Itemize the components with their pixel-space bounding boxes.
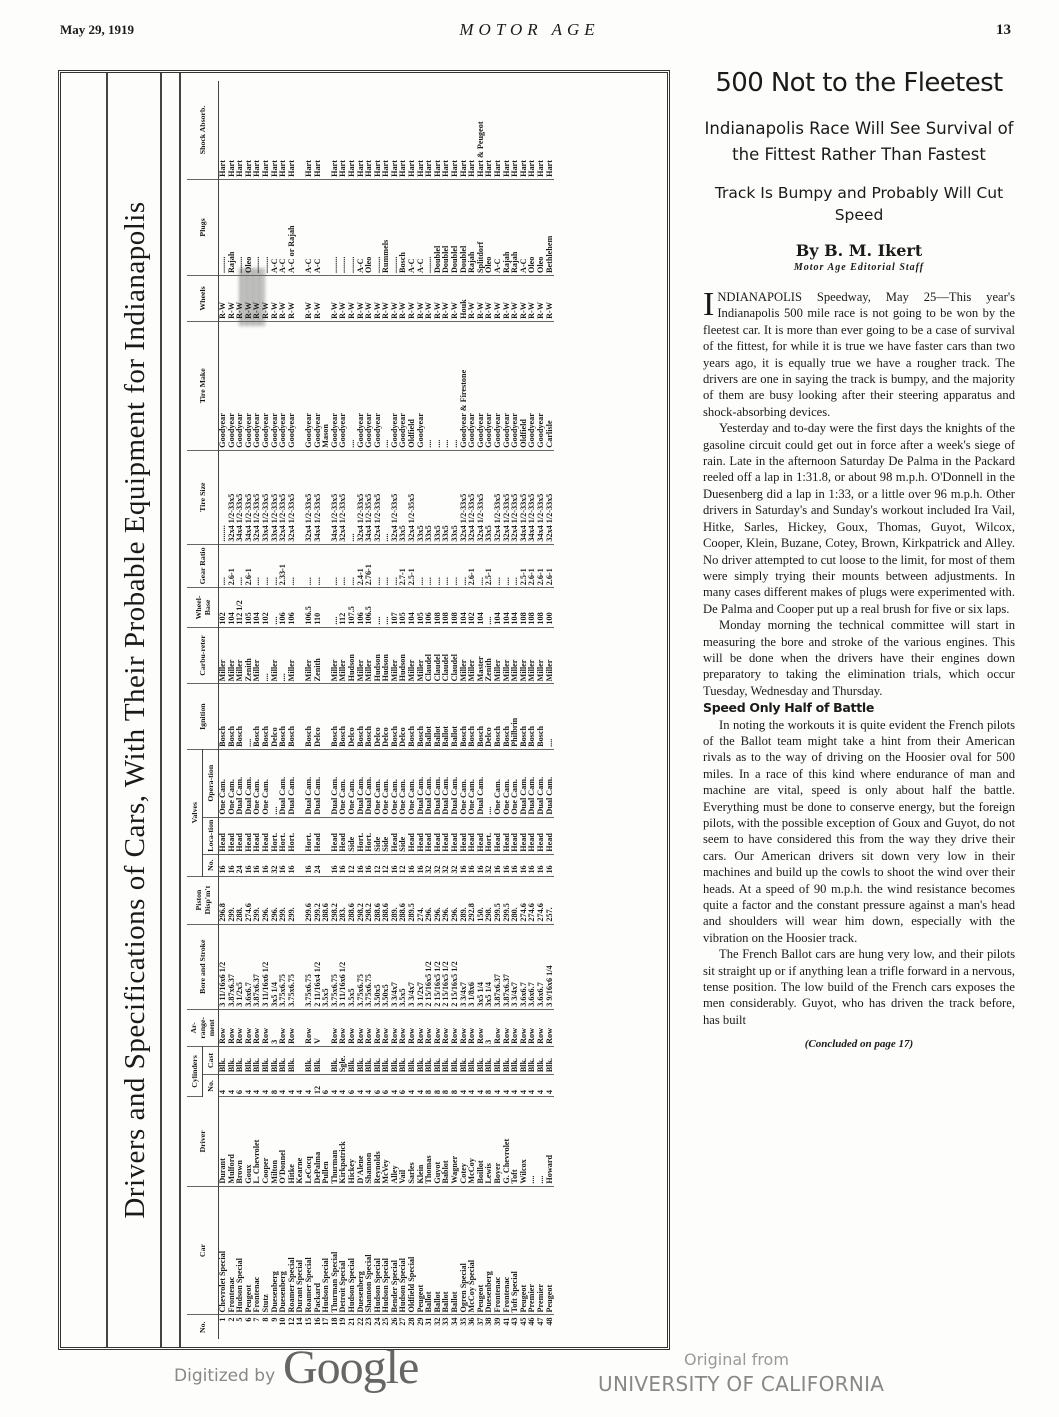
cell-vno: 32 (485, 854, 494, 876)
cell-bore: 3 11/16x6 1/2 (262, 924, 271, 1009)
cell-disp: 288.6 (322, 876, 331, 924)
cell-vno (296, 854, 305, 876)
table-row: 37PeugeotBoillot4Blk.Row3x5 1/4150.16Hea… (477, 81, 486, 1339)
cell-car: Ballot (425, 1186, 434, 1315)
cell-vno: 16 (503, 854, 512, 876)
cell-car: Duesenberg (279, 1186, 288, 1315)
cell-vop (296, 749, 305, 817)
cell-vno: 32 (425, 854, 434, 876)
cell-cyl: 4 (528, 1075, 537, 1097)
cell-tmk: Goodyear (245, 321, 254, 450)
cell-plg: A-C (314, 179, 323, 275)
cell-bore: 3x5 1/4 (485, 924, 494, 1009)
cell-tsz: 32x4 1/2-33x5 (288, 450, 297, 544)
cell-arr: Row (528, 1009, 537, 1046)
cell-ign: Ballot (434, 684, 443, 750)
table-row: 8StutzCooper4Blk.Row3 11/16x6 1/2296.16H… (262, 81, 271, 1339)
cell-plg: A-C (279, 179, 288, 275)
table-row: 19Detroit SpecialKirkpatrick4Sgle.Row3 1… (339, 81, 348, 1339)
cell-vno: 12 (348, 854, 357, 876)
cell-ign: Bosch (365, 684, 374, 750)
cell-no: 32 (434, 1315, 443, 1339)
cell-cyl: 6 (399, 1075, 408, 1097)
cell-plg: ........ (339, 179, 348, 275)
cell-bore: 3.87x6.37 (494, 924, 503, 1009)
cell-plg (322, 179, 331, 275)
cell-arr: Row (219, 1009, 228, 1046)
cell-car: Peugeot (546, 1186, 555, 1315)
running-head: May 29, 1919 MOTOR AGE 13 (0, 22, 1059, 44)
table-row: 47Premier....4Blk.Row3.6x6.7274.616HeadD… (537, 81, 546, 1339)
cell-wb (322, 588, 331, 627)
cell-carb (296, 627, 305, 684)
cell-vno: 16 (408, 854, 417, 876)
cell-vloc: Head (503, 817, 512, 854)
cell-plg: Oleo (365, 179, 374, 275)
cell-disp: 274. (417, 876, 426, 924)
col-cylinders: Cylinders (187, 1046, 202, 1096)
cell-arr: Row (399, 1009, 408, 1046)
cell-gear: .... (305, 544, 314, 588)
cell-shk: Hart (408, 81, 417, 179)
cell-wb: 112 1/2 (236, 588, 245, 627)
university-label: UNIVERSITY OF CALIFORNIA (598, 1372, 884, 1396)
cell-tsz: 34x4 1/2-33x5 (537, 450, 546, 544)
cell-vloc: Hort. (279, 817, 288, 854)
cell-carb: Miller (537, 627, 546, 684)
cell-no: 47 (537, 1315, 546, 1339)
cell-disp: 292.8 (468, 876, 477, 924)
cell-tmk: Goodyear (279, 321, 288, 450)
cell-car: Ballot (434, 1186, 443, 1315)
cell-bore: 3.75x6.75 (279, 924, 288, 1009)
cell-arr: Row (537, 1009, 546, 1046)
cell-no: 37 (477, 1315, 486, 1339)
cell-bore: 3.75x6.75 (305, 924, 314, 1009)
cell-cyl: 4 (253, 1075, 262, 1097)
cell-driver: G. Chevrolet (503, 1097, 512, 1187)
cell-wb: 102 (262, 588, 271, 627)
paragraph-3: Monday morning the technical committee w… (703, 617, 1015, 699)
cell-arr: Row (374, 1009, 383, 1046)
cell-no: 14 (296, 1315, 305, 1339)
cell-bore: 3x5 1/4 (271, 924, 280, 1009)
cell-shk: Hart (271, 81, 280, 179)
cell-ign: Bosch (339, 684, 348, 750)
cell-shk: Hart (391, 81, 400, 179)
cell-cyl: 4 (279, 1075, 288, 1097)
cell-tsz: 32x4 1/2-33x5 (374, 450, 383, 544)
table-row: 28Oldfield SpecialSarles4Blk.Row3 3/4x72… (408, 81, 417, 1339)
cell-driver: Wilcox (520, 1097, 529, 1187)
cell-whl: R-W (228, 276, 237, 322)
cell-no: 15 (305, 1315, 314, 1339)
cell-vop: Dual Cam. (365, 749, 374, 817)
cell-car: Ogren Special (460, 1186, 469, 1315)
cell-vop: Dual Cam. (451, 749, 460, 817)
cell-disp: 298.2 (357, 876, 366, 924)
cell-whl: R-W (468, 276, 477, 322)
cell-wb: 112 (339, 588, 348, 627)
digitized-by-label: Digitized by (174, 1366, 275, 1386)
cell-no: 33 (442, 1315, 451, 1339)
cell-tsz: 32x4 1/2-33x5 (468, 450, 477, 544)
cell-cyl: 4 (468, 1075, 477, 1097)
cell-cast: Blk. (417, 1046, 426, 1074)
table-row: 22DuesenbergD'Alene4Blk.Row3.75x6.75298.… (357, 81, 366, 1339)
cell-vno: 16 (511, 854, 520, 876)
cell-shk: Hart (331, 81, 340, 179)
cell-shk: Hart (339, 81, 348, 179)
cell-no: 12 (288, 1315, 297, 1339)
col-valves-no: No. (202, 854, 218, 876)
paragraph-1: INDIANAPOLIS Speedway, May 25—This year'… (703, 289, 1015, 420)
cell-no: 43 (511, 1315, 520, 1339)
cell-arr: Row (365, 1009, 374, 1046)
cell-bore: 3.6x6.7 (528, 924, 537, 1009)
cell-tsz: 32x4 1/2-33x5 (228, 450, 237, 544)
cell-carb: Miller (339, 627, 348, 684)
cell-bore: 3.50x5 (374, 924, 383, 1009)
table-row: 25Hudson SpecialMcVey6Blk.Row3.50x5288.6… (382, 81, 391, 1339)
page-number: 13 (996, 22, 1011, 39)
cell-whl: R-W (391, 276, 400, 322)
cell-driver: O'Donnel (279, 1097, 288, 1187)
cell-wb: 104 (494, 588, 503, 627)
cell-cast: Blk. (305, 1046, 314, 1074)
cell-tsz: 34x4 1/2-33x5 (236, 450, 245, 544)
cell-vno: 16 (477, 854, 486, 876)
cell-tmk: Goodyear (331, 321, 340, 450)
cell-carb: Miller (288, 627, 297, 684)
cell-car: Premier (537, 1186, 546, 1315)
cell-car: Duesenberg (271, 1186, 280, 1315)
article-affiliation: Motor Age Editorial Staff (703, 262, 1015, 273)
cell-cyl: 4 (511, 1075, 520, 1097)
cell-tsz: .... (348, 450, 357, 544)
cell-vno: 16 (494, 854, 503, 876)
cell-cast: Blk. (520, 1046, 529, 1074)
cell-no: 6 (245, 1315, 254, 1339)
cell-driver: Milton (271, 1097, 280, 1187)
cell-carb: Miller (468, 627, 477, 684)
table-row: 41FrontenacG. Chevrolet4Blk.Row3.87x6.37… (503, 81, 512, 1339)
cell-bore: 3 3/4x7 (408, 924, 417, 1009)
cell-vop: One Cam. (468, 749, 477, 817)
cell-car: Hudson Special (236, 1186, 245, 1315)
cell-plg: Rummels (382, 179, 391, 275)
col-gear-ratio: Gear Ratio (187, 544, 219, 588)
cell-wb: 108 (520, 588, 529, 627)
cell-arr: Row (460, 1009, 469, 1046)
cell-disp: 288.6 (348, 876, 357, 924)
cell-disp: 298.2 (365, 876, 374, 924)
cell-vop (322, 749, 331, 817)
cell-tmk: Goodyear & Firestone (460, 321, 469, 450)
cell-wb: 105 (417, 588, 426, 627)
cell-carb: Claudel (451, 627, 460, 684)
cell-car: Roamer Special (305, 1186, 314, 1315)
cell-disp: 288.6 (382, 876, 391, 924)
cell-no: 29 (417, 1315, 426, 1339)
cell-gear: 2.5-1 (408, 544, 417, 588)
cell-bore: 2 11/16x4 1/2 (314, 924, 323, 1009)
cell-wb: .... (382, 588, 391, 627)
cell-carb: Miller (408, 627, 417, 684)
cell-tsz (322, 450, 331, 544)
cell-whl: R-W (348, 276, 357, 322)
cell-vno: 16 (288, 854, 297, 876)
cell-car: Peugeot (245, 1186, 254, 1315)
cell-gear: .... (331, 544, 340, 588)
article-deck-primary: Indianapolis Race Will See Survival of t… (703, 116, 1015, 168)
cell-vop: One Cam. (348, 749, 357, 817)
cell-bore: 3.5x5 (322, 924, 331, 1009)
cell-tsz: 33x5 (434, 450, 443, 544)
cell-bore: 3 1/8x6 (468, 924, 477, 1009)
cell-vno: 12 (399, 854, 408, 876)
cell-cast: Blk. (494, 1046, 503, 1074)
cell-tmk: Oldfield (520, 321, 529, 450)
cell-tmk (296, 321, 305, 450)
cell-vop: Dual Cam. (425, 749, 434, 817)
cell-vno: 32 (442, 854, 451, 876)
table-row: 21Hudson SpecialHickey6Blk.Row3.5x5288.6… (348, 81, 357, 1339)
cell-bore: 2 15/16x5 1/2 (442, 924, 451, 1009)
cell-car: Frontenac (228, 1186, 237, 1315)
cell-wb: 105 (245, 588, 254, 627)
cell-tmk: Goodyear (271, 321, 280, 450)
cell-car: Packard (314, 1186, 323, 1315)
cell-vop: Dual Cam. (279, 749, 288, 817)
cell-no: 48 (546, 1315, 555, 1339)
cell-whl: R-W (357, 276, 366, 322)
cell-ign: Philbrin (511, 684, 520, 750)
cell-tsz: 33x5 (425, 450, 434, 544)
cell-arr: Row (468, 1009, 477, 1046)
cell-vno: 16 (537, 854, 546, 876)
cell-carb: .... (279, 627, 288, 684)
cell-tsz: 33x4 1/2-33x5 (271, 450, 280, 544)
cell-carb: Miller (494, 627, 503, 684)
cell-cast: Blk. (485, 1046, 494, 1074)
paragraph-2: Yesterday and to-day were the first days… (703, 420, 1015, 617)
cell-whl: R-W (528, 276, 537, 322)
cell-vno: 32 (271, 854, 280, 876)
cell-driver: Lewis (485, 1097, 494, 1187)
table-row: 5Hudson SpecialBrown6Blk.Row3 1/2x5288.2… (236, 81, 245, 1339)
cell-arr: Row (442, 1009, 451, 1046)
cell-no: 27 (399, 1315, 408, 1339)
cell-vno: 16 (391, 854, 400, 876)
table-row: 34BallotWagner8Blk.Row2 15/16x5 1/2296.3… (451, 81, 460, 1339)
cell-shk: Hart (374, 81, 383, 179)
cell-cast: Blk. (442, 1046, 451, 1074)
cell-disp: 296.8 (219, 876, 228, 924)
cell-vloc: Head (434, 817, 443, 854)
cell-cyl: 4 (228, 1075, 237, 1097)
cell-cyl: 4 (305, 1075, 314, 1097)
cell-ign: Bosch (305, 684, 314, 750)
cell-tmk: Goodyear (503, 321, 512, 450)
cell-disp: 280. (511, 876, 520, 924)
cell-vno: 16 (520, 854, 529, 876)
cell-plg: ........ (331, 179, 340, 275)
cell-vno: 12 (374, 854, 383, 876)
table-row: 15Roamer SpecialLeCocq4Blk.Row3.75x6.752… (305, 81, 314, 1339)
table-row: 16PackardDePalma12Blk.V2 11/16x4 1/2299.… (314, 81, 323, 1339)
cell-cyl: 8 (425, 1075, 434, 1097)
cell-wb: .... (331, 588, 340, 627)
cell-gear (296, 544, 305, 588)
cell-shk: Hart (520, 81, 529, 179)
cell-tmk: Goodyear (357, 321, 366, 450)
cell-whl: R-W (494, 276, 503, 322)
cell-wb: .... (271, 588, 280, 627)
cell-car: Hudson Special (374, 1186, 383, 1315)
cell-no: 1 (219, 1315, 228, 1339)
cell-carb: Miller (546, 627, 555, 684)
cell-vno: 16 (245, 854, 254, 876)
cell-tsz: 34x4 1/2-33x5 (314, 450, 323, 544)
cell-vloc: Head (468, 817, 477, 854)
cell-driver: Thurman (331, 1097, 340, 1187)
cell-tmk: Goodyear (314, 321, 323, 450)
cell-driver: Sarles (408, 1097, 417, 1187)
cell-carb: Claudel (425, 627, 434, 684)
table-row: 9DuesenbergMilton8Blk.33x5 1/4296.32Hort… (271, 81, 280, 1339)
cell-bore: 3.6x6.7 (245, 924, 254, 1009)
cell-car: Detroit Special (339, 1186, 348, 1315)
cell-wb: 102 (468, 588, 477, 627)
cell-whl: R-W (279, 276, 288, 322)
cell-cast: Blk. (468, 1046, 477, 1074)
cell-arr: Row (357, 1009, 366, 1046)
cell-vloc: Head (408, 817, 417, 854)
cell-tsz: 32x4 1/2-33x5 (494, 450, 503, 544)
cell-cyl: 6 (382, 1075, 391, 1097)
cell-vloc: Hort. (357, 817, 366, 854)
cell-vno: 16 (331, 854, 340, 876)
cell-vop: Dual Cam. (537, 749, 546, 817)
cell-gear: 2.6-1 (546, 544, 555, 588)
cell-no: 31 (425, 1315, 434, 1339)
cell-vop: One Cam. (382, 749, 391, 817)
cell-whl: R-W (546, 276, 555, 322)
cell-vloc: Head (460, 817, 469, 854)
cell-gear: .... (288, 544, 297, 588)
cell-no: 38 (485, 1315, 494, 1339)
cell-carb: Zenith (314, 627, 323, 684)
cell-no: 9 (271, 1315, 280, 1339)
table-row: 35Ogren SpecialCotey4Blk.Row3 3/4x7289.1… (460, 81, 469, 1339)
cell-shk: Hart (494, 81, 503, 179)
cell-tmk: Goodyear (339, 321, 348, 450)
cell-gear: .... (236, 544, 245, 588)
cell-vop: One Cam. (460, 749, 469, 817)
table-row: 26Bender SpecialAlley4Blk.Row3 3/4x7289.… (391, 81, 400, 1339)
cell-gear: 2.5-1 (520, 544, 529, 588)
cell-tmk: .... (348, 321, 357, 450)
cell-car: Hudson Special (382, 1186, 391, 1315)
cell-bore: 3.75x6.75 (331, 924, 340, 1009)
cell-driver: Alley (391, 1097, 400, 1187)
cell-arr: Row (494, 1009, 503, 1046)
cell-bore: 3.5x5 (399, 924, 408, 1009)
cell-car: Thurman Special (331, 1186, 340, 1315)
cell-vloc: Head (236, 817, 245, 854)
cell-plg: Oleo (245, 179, 254, 275)
cell-wb: 104 (477, 588, 486, 627)
table-row: 18Thurman SpecialThurman4Blk.Row3.75x6.7… (331, 81, 340, 1339)
cell-cast: Blk. (374, 1046, 383, 1074)
cell-plg: Rajah (468, 179, 477, 275)
cell-carb: Hudson (382, 627, 391, 684)
cell-cast: Blk. (219, 1046, 228, 1074)
cell-plg: Doublel (460, 179, 469, 275)
cell-gear: 2.6-1 (537, 544, 546, 588)
cell-bore: 3 1/2x5 (236, 924, 245, 1009)
cell-vop: Dual Cam. (288, 749, 297, 817)
cell-tsz (296, 450, 305, 544)
cell-carb: Hudson (348, 627, 357, 684)
cell-no: 25 (382, 1315, 391, 1339)
cell-car: Frontenac (503, 1186, 512, 1315)
cell-ign: Bosch (494, 684, 503, 750)
cell-driver: Wagner (451, 1097, 460, 1187)
cell-tsz: 34x4 1/2-35x5 (365, 450, 374, 544)
cell-ign: Bosch (357, 684, 366, 750)
cell-vop: One Cam. (253, 749, 262, 817)
cell-carb: Miller (460, 627, 469, 684)
cell-vno (322, 854, 331, 876)
cell-ign: .... (245, 684, 254, 750)
cell-no: 23 (365, 1315, 374, 1339)
cell-shk: Hart (253, 81, 262, 179)
cell-gear: .... (511, 544, 520, 588)
cell-car: Toft Special (511, 1186, 520, 1315)
cell-no: 17 (322, 1315, 331, 1339)
cell-tsz: 32x4 1/2-33x5 (391, 450, 400, 544)
cell-arr: Row (245, 1009, 254, 1046)
cell-tsz: 32x4 1/2-33x5 (339, 450, 348, 544)
cell-vno: 16 (279, 854, 288, 876)
cell-gear: .... (503, 544, 512, 588)
cell-cast: Blk. (477, 1046, 486, 1074)
cell-whl: R-W (425, 276, 434, 322)
cell-carb: Claudel (434, 627, 443, 684)
cell-disp: 289. (391, 876, 400, 924)
cell-vloc: Head (417, 817, 426, 854)
cell-whl: R-W (253, 276, 262, 322)
cell-arr: Row (425, 1009, 434, 1046)
cell-disp: 150. (477, 876, 486, 924)
cell-car: Roamer Special (288, 1186, 297, 1315)
cell-vop: Dual Cam. (528, 749, 537, 817)
cell-cyl: 4 (460, 1075, 469, 1097)
cell-vop: One Cam. (511, 749, 520, 817)
cell-disp: 288.6 (374, 876, 383, 924)
cell-gear: 2.6-1 (228, 544, 237, 588)
cell-cyl: 4 (494, 1075, 503, 1097)
cell-ign: .... (546, 684, 555, 750)
cell-wb: 110 (314, 588, 323, 627)
cell-tsz: 32x4 1/2-33x5 (503, 450, 512, 544)
cell-vno: 16 (219, 854, 228, 876)
cell-car: Frontenac (253, 1186, 262, 1315)
cell-no: 10 (279, 1315, 288, 1339)
table-row: 24Hudson SpecialReynolds6Blk.Row3.50x528… (374, 81, 383, 1339)
